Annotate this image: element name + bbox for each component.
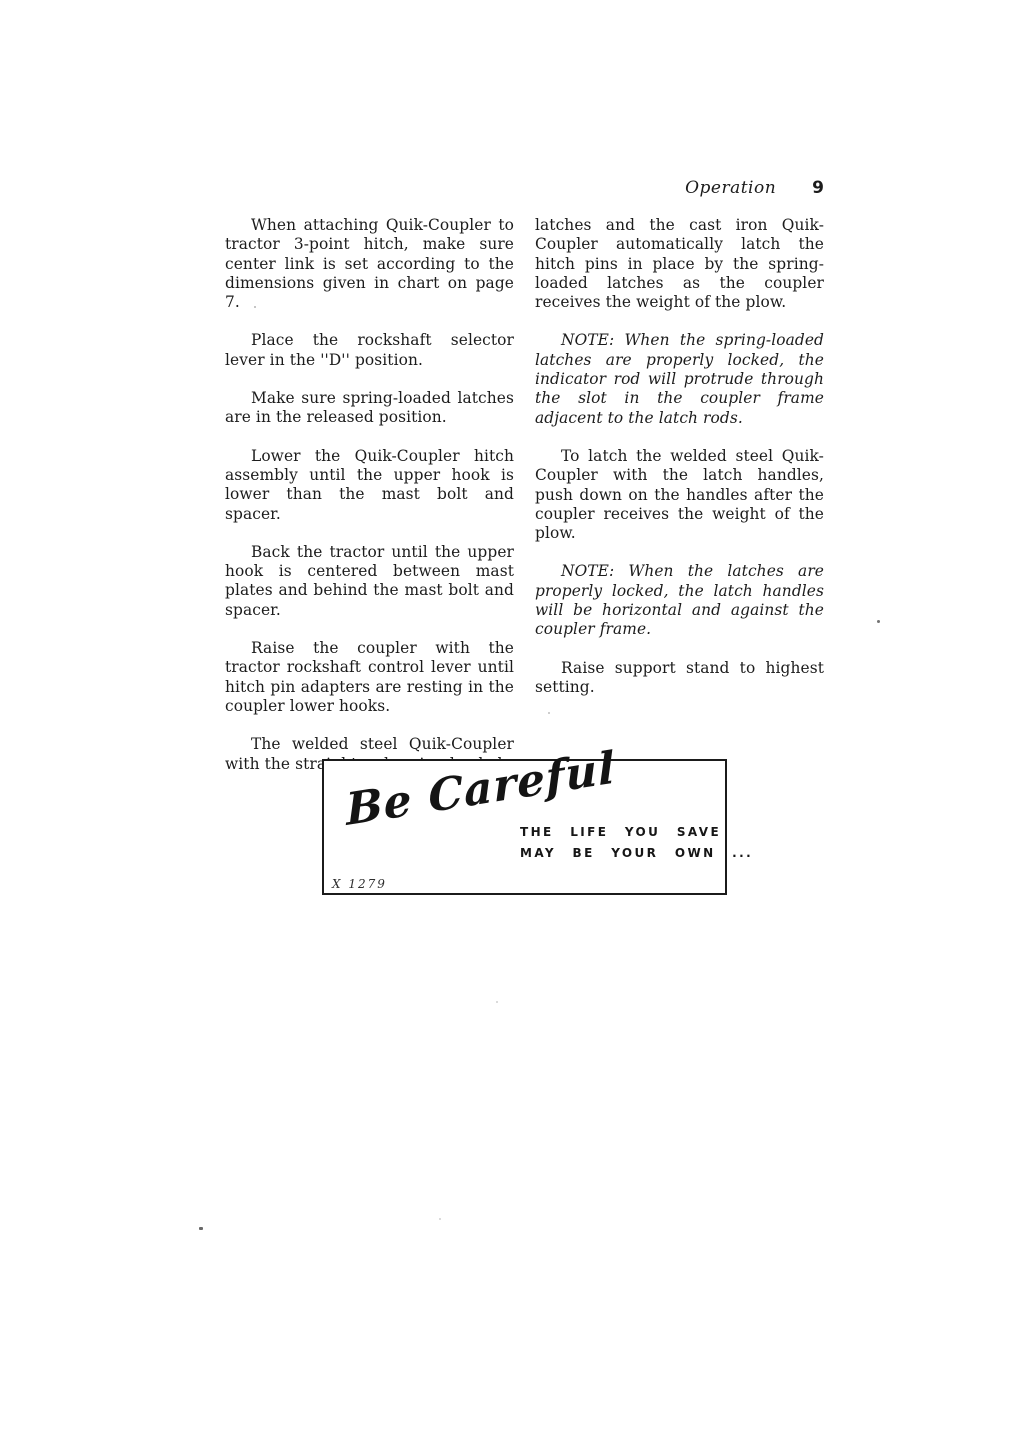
scan-speck (548, 712, 550, 714)
page-number: 9 (812, 178, 824, 198)
paragraph: Lower the Quik-Coupler hitch assembly un… (225, 447, 514, 524)
text-column-right: latches and the cast iron Quik-Coupler a… (535, 216, 824, 716)
scan-speck (254, 306, 256, 308)
manual-page: Operation 9 When attaching Quik-Coupler … (0, 0, 1024, 1449)
paragraph: When attaching Quik-Coupler to tractor 3… (225, 216, 514, 312)
note-paragraph: NOTE: When the latches are properly lock… (535, 562, 824, 639)
paragraph: latches and the cast iron Quik-Coupler a… (535, 216, 824, 312)
paragraph: Raise the coupler with the tractor rocks… (225, 639, 514, 716)
text-column-left: When attaching Quik-Coupler to tractor 3… (225, 216, 514, 793)
paragraph: Make sure spring-loaded latches are in t… (225, 389, 514, 428)
caution-slogan-line1: THE LIFE YOU SAVE (520, 822, 753, 843)
running-header: Operation 9 (0, 178, 824, 198)
scan-speck (199, 1227, 203, 1230)
caution-slogan: THE LIFE YOU SAVE MAY BE YOUR OWN ... (520, 822, 753, 864)
scan-speck (877, 620, 880, 623)
figure-number: X 1279 (332, 877, 387, 891)
caution-box: Be Careful THE LIFE YOU SAVE MAY BE YOUR… (322, 759, 727, 895)
note-paragraph: NOTE: When the spring-loaded latches are… (535, 331, 824, 427)
scan-speck (496, 1001, 498, 1003)
scan-speck (439, 1218, 441, 1220)
paragraph: Back the tractor until the upper hook is… (225, 543, 514, 620)
paragraph: Raise support stand to highest setting. (535, 659, 824, 698)
caution-slogan-line2: MAY BE YOUR OWN ... (520, 843, 753, 864)
paragraph: To latch the welded steel Quik-Coupler w… (535, 447, 824, 543)
paragraph: Place the rockshaft selector lever in th… (225, 331, 514, 370)
section-title: Operation (685, 178, 776, 198)
